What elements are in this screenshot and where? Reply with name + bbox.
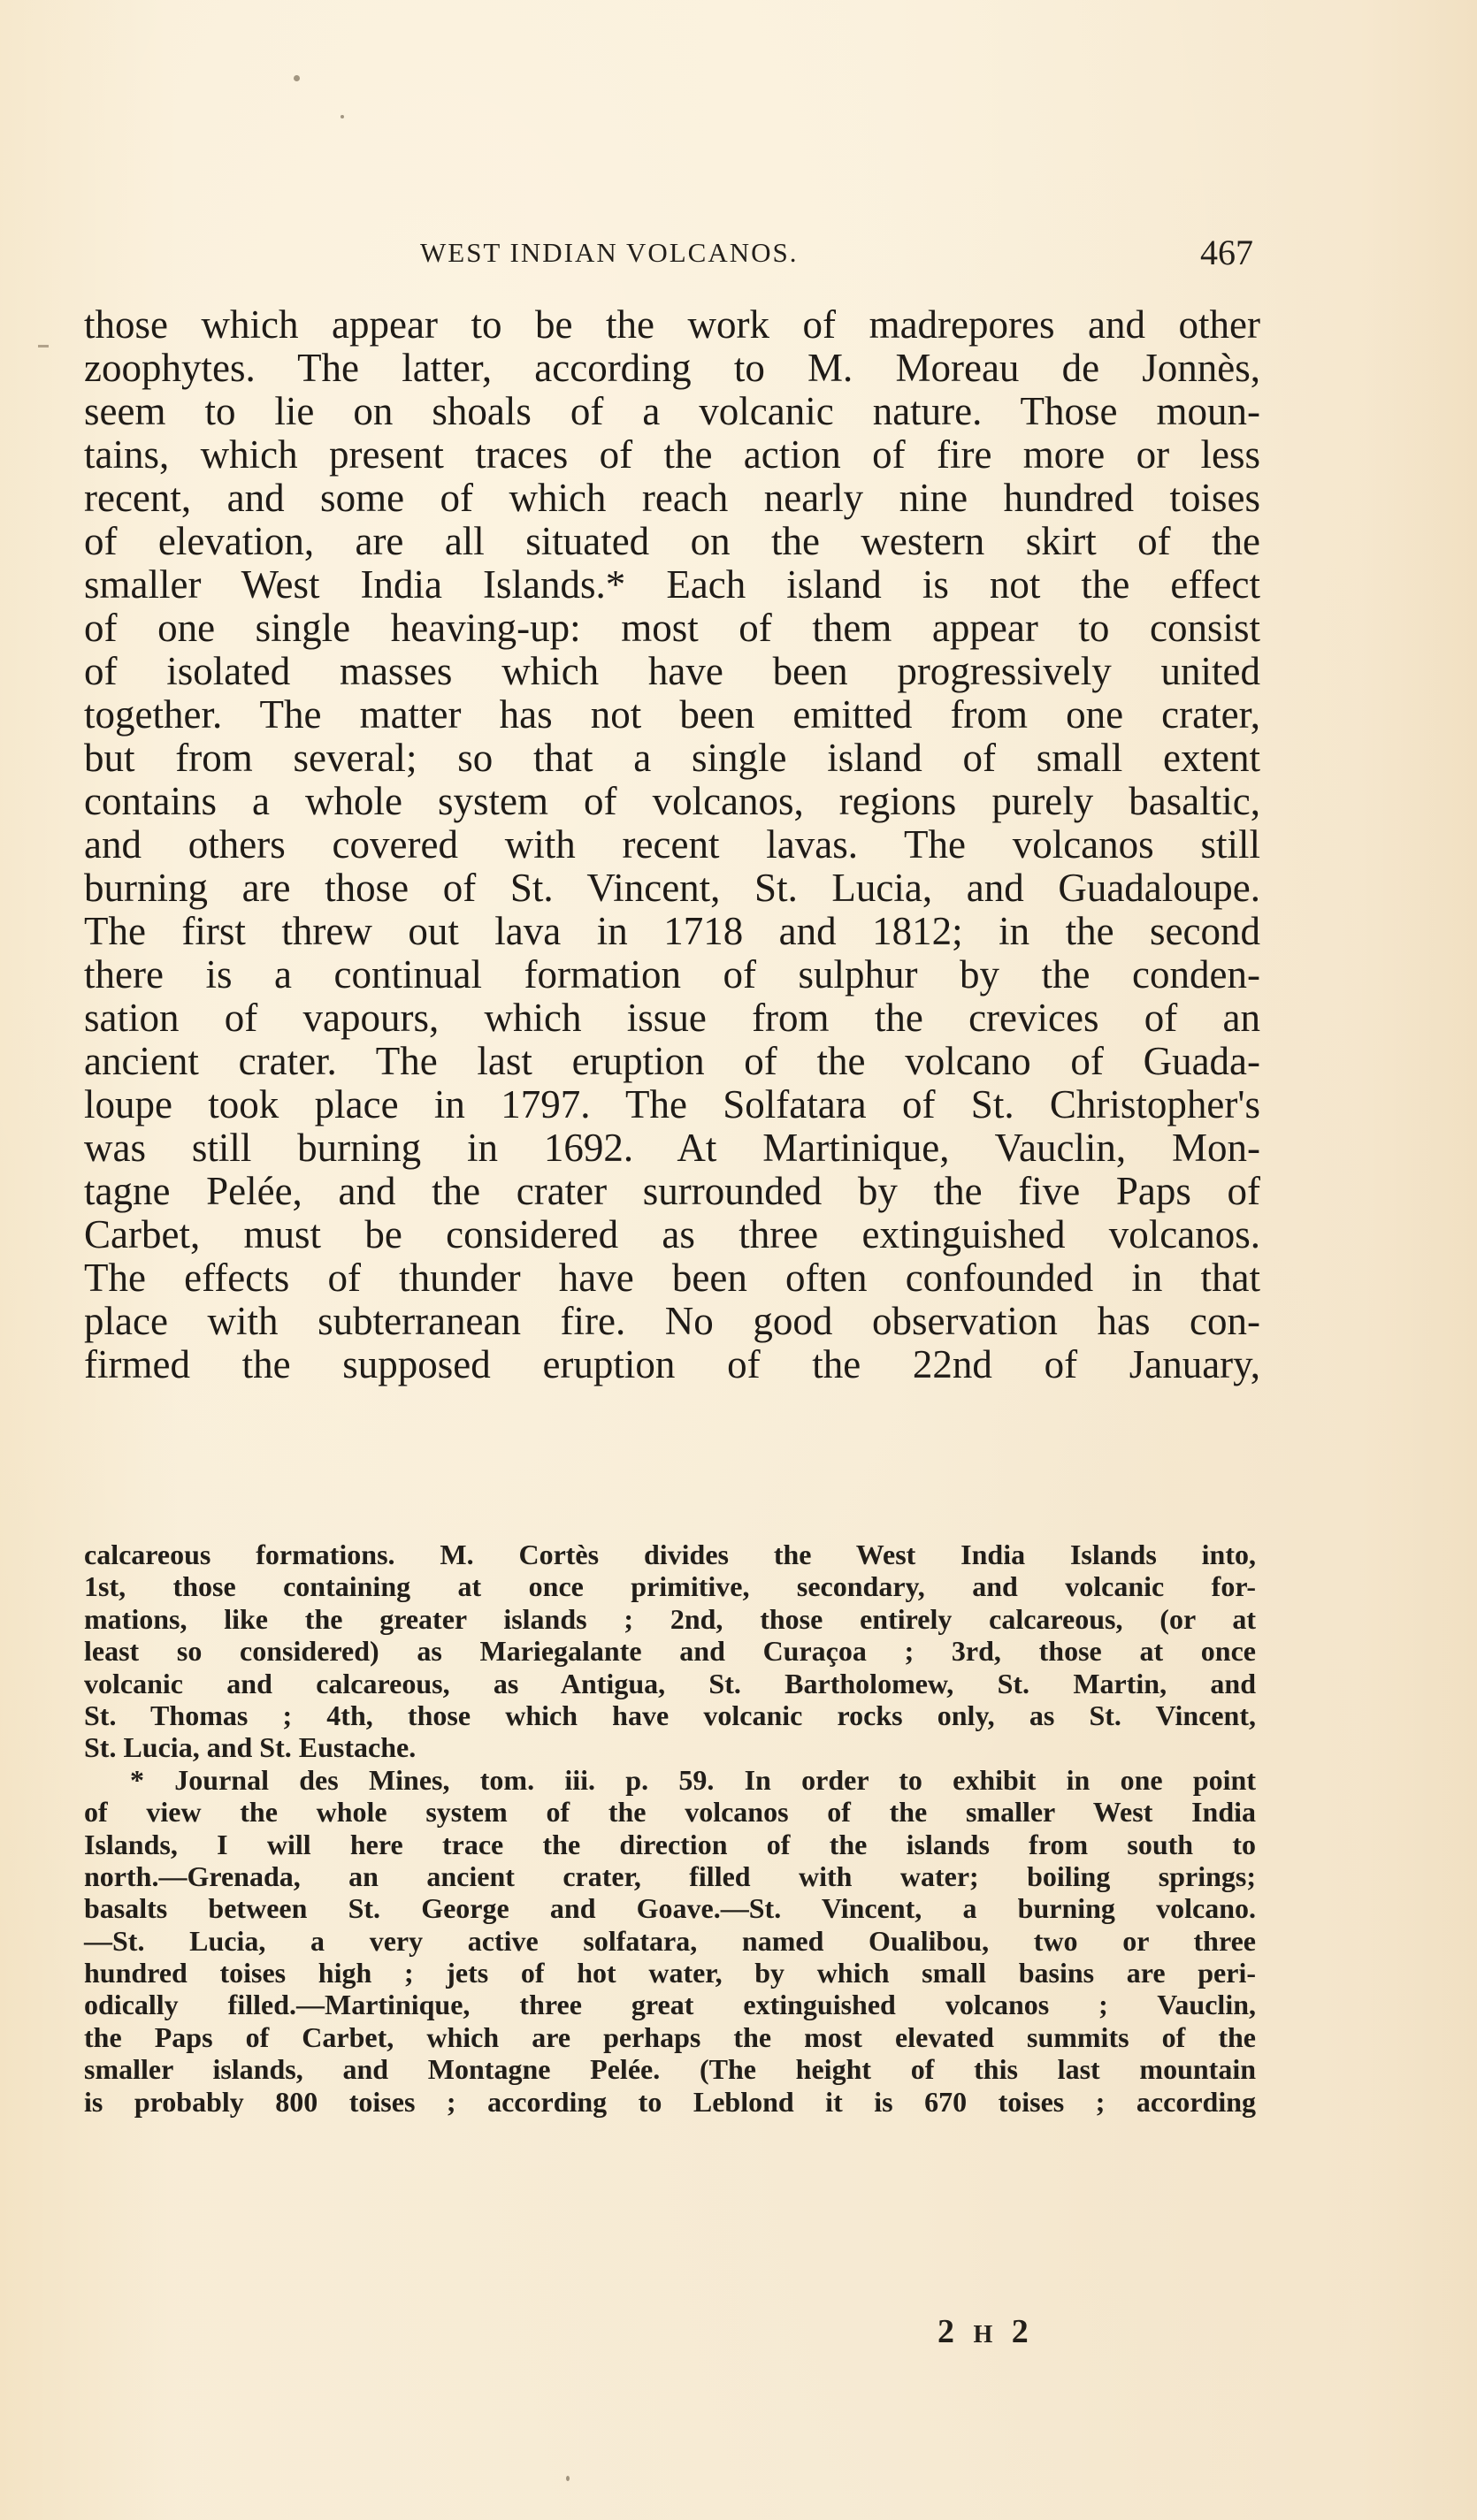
footnote-line: of view the whole system of the volcanos… [84,1796,1256,1828]
text-line: firmed the supposed eruption of the 22nd… [84,1343,1260,1386]
text-line: burning are those of St. Vincent, St. Lu… [84,867,1260,910]
footnote-line: the Paps of Carbet, which are perhaps th… [84,2021,1256,2053]
text-line: recent, and some of which reach nearly n… [84,477,1260,520]
footnotes-block: calcareous formations. M. Cortès divides… [84,1539,1256,2118]
footnote-line: smaller islands, and Montagne Pelée. (Th… [84,2053,1256,2085]
signature-number: 2 [937,2313,960,2350]
text-line: tains, which present traces of the actio… [84,433,1260,477]
running-title: WEST INDIAN VOLCANOS. [420,237,799,269]
text-line: The effects of thunder have been often c… [84,1256,1260,1300]
text-line: those which appear to be the work of mad… [84,303,1260,347]
text-line: loupe took place in 1797. The Solfatara … [84,1083,1260,1126]
text-line: together. The matter has not been emitte… [84,693,1260,737]
text-line: zoophytes. The latter, according to M. M… [84,347,1260,390]
text-line: sation of vapours, which issue from the … [84,997,1260,1040]
text-line: of isolated masses which have been progr… [84,650,1260,693]
footnote-line: —St. Lucia, a very active solfatara, nam… [84,1925,1256,1957]
continued-footnote: calcareous formations. M. Cortès divides… [84,1539,1256,1764]
star-footnote: * Journal des Mines, tom. iii. p. 59. In… [84,1764,1256,2118]
text-line: smaller West India Islands.* Each island… [84,563,1260,607]
text-line: contains a whole system of volcanos, reg… [84,780,1260,823]
paper-speck [294,75,300,81]
footnote-line: mations, like the greater islands ; 2nd,… [84,1603,1256,1635]
footnote-line: least so considered) as Mariegalante and… [84,1635,1256,1667]
footnote-line: north.—Grenada, an ancient crater, fille… [84,1860,1256,1892]
text-line: seem to lie on shoals of a volcanic natu… [84,390,1260,433]
main-text-block: those which appear to be the work of mad… [84,303,1260,1386]
signature-letter: H [974,2321,999,2348]
footnote-line: St. Thomas ; 4th, those which have volca… [84,1699,1256,1731]
footnote-line: hundred toises high ; jets of hot water,… [84,1957,1256,1989]
text-line: was still burning in 1692. At Martinique… [84,1126,1260,1170]
text-line: there is a continual formation of sulphu… [84,953,1260,997]
footnote-line: 1st, those containing at once primitive,… [84,1570,1256,1602]
running-head: WEST INDIAN VOLCANOS. 467 [84,232,1260,276]
footnote-line: calcareous formations. M. Cortès divides… [84,1539,1256,1570]
text-line: tagne Pelée, and the crater surrounded b… [84,1170,1260,1213]
text-line: of elevation, are all situated on the we… [84,520,1260,563]
signature-mark: 2 H 2 [937,2312,1034,2351]
text-line: of one single heaving-up: most of them a… [84,607,1260,650]
footnote-line: * Journal des Mines, tom. iii. p. 59. In… [84,1764,1256,1796]
margin-mark [38,345,49,347]
footnote-line: is probably 800 toises ; according to Le… [84,2086,1256,2118]
paper-speck [341,115,344,118]
footnote-line: Islands, I will here trace the direction… [84,1829,1256,1860]
text-line: Carbet, must be considered as three exti… [84,1213,1260,1256]
text-line: and others covered with recent lavas. Th… [84,823,1260,867]
footnote-line: odically filled.—Martinique, three great… [84,1989,1256,2020]
text-line: but from several; so that a single islan… [84,737,1260,780]
paper-speck [566,2476,570,2481]
footnote-line: basalts between St. George and Goave.—St… [84,1892,1256,1924]
text-line: place with subterranean fire. No good ob… [84,1300,1260,1343]
signature-number: 2 [1012,2313,1034,2350]
book-page: WEST INDIAN VOLCANOS. 467 those which ap… [0,0,1477,2520]
footnote-line: St. Lucia, and St. Eustache. [84,1731,1256,1763]
footnote-line: volcanic and calcareous, as Antigua, St.… [84,1668,1256,1699]
text-line: The first threw out lava in 1718 and 181… [84,910,1260,953]
page-number: 467 [1200,232,1253,273]
text-line: ancient crater. The last eruption of the… [84,1040,1260,1083]
